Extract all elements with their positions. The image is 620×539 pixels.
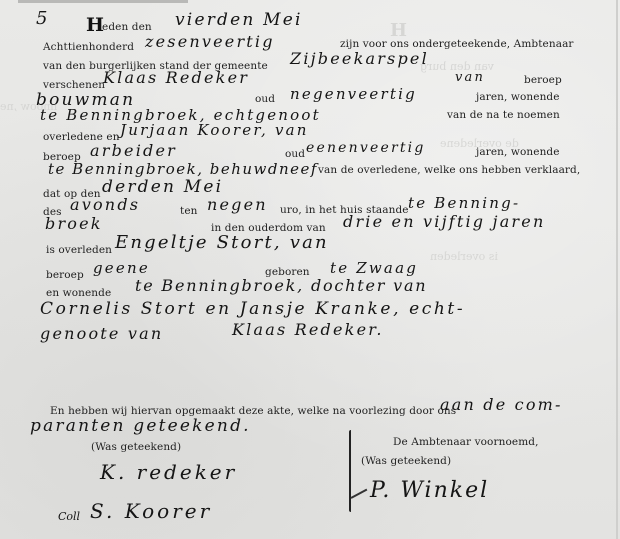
printed-deceased-relation: van de na te noemen — [447, 109, 560, 121]
handwritten-birthplace: te Zwaag — [330, 259, 418, 277]
handwritten-place-part2: broek — [45, 214, 103, 233]
page-right-edge — [616, 0, 618, 539]
handwritten-declarant2-occupation: arbeider — [90, 141, 177, 160]
handwritten-year: zesenveertig — [145, 32, 275, 51]
handwritten-spouse-line1: genoote van — [40, 324, 163, 343]
printed-age-label: oud — [255, 93, 275, 105]
printed-declaration-intro: van de overledene, welke ons hebben verk… — [318, 164, 580, 176]
handwritten-spouse-line2: Klaas Redeker. — [232, 320, 384, 339]
printed-occupation-label: beroep — [524, 74, 562, 86]
printed-official-label: De Ambtenaar voornoemd, — [393, 436, 539, 448]
signature-official: P. Winkel — [370, 478, 489, 503]
printed-year-label: Achttienhonderd — [43, 41, 134, 53]
signature-brace — [349, 430, 355, 512]
handwritten-closing-2: paranten geteekend. — [30, 416, 251, 436]
handwritten-time-of-day: avonds — [70, 195, 140, 214]
handwritten-death-date: derden Mei — [102, 177, 223, 197]
signature-declarant2: S. Koorer — [90, 499, 212, 523]
handwritten-deceased-name: Engeltje Stort, van — [115, 232, 329, 253]
printed-was-signed-right: (Was geteekend) — [361, 455, 451, 467]
page-top-edge — [18, 0, 188, 3]
printed-died-label: is overleden — [46, 244, 112, 256]
printed-years-residing: jaren, wonende — [476, 91, 560, 103]
handwritten-deceased-residence: te Benningbroek, dochter van — [135, 276, 427, 295]
handwritten-place-part1: te Benning- — [408, 194, 520, 212]
printed-age-label-2: oud — [285, 148, 305, 160]
printed-was-signed-left: (Was geteekend) — [91, 441, 181, 453]
handwritten-age-at-death: drie en vijftig jaren — [343, 212, 545, 231]
signature-declarant1: K. redeker — [100, 460, 237, 484]
handwritten-declarant1-age: negenveertig — [290, 85, 417, 103]
handwritten-declarant2-residence: te Benningbroek, behuwdneef — [48, 160, 318, 178]
printed-occupation-label-3: beroep — [46, 269, 84, 281]
handwritten-declarant2-age: eenenveertig — [306, 140, 426, 156]
signature-coll-prefix: Coll — [58, 510, 80, 523]
printed-residing-label: en wonende — [46, 287, 111, 299]
printed-years-residing-2: jaren, wonende — [476, 146, 560, 158]
handwritten-day: vierden Mei — [175, 10, 303, 30]
handwritten-declarant1-name: Klaas Redeker — [103, 68, 249, 87]
handwritten-declarant1-van: van — [455, 70, 485, 85]
handwritten-municipality: Zijbeekarspel — [290, 49, 429, 68]
handwritten-deceased-occupation: geene — [93, 259, 150, 277]
record-number: 5 — [36, 8, 47, 29]
handwritten-parents: Cornelis Stort en Jansje Kranke, echt- — [40, 299, 465, 319]
bleed-through-text: is overleden — [430, 250, 498, 263]
death-record-page: H van den burg de overledene is overlede… — [0, 0, 620, 539]
handwritten-declarant2-name: Jurjaan Koorer, van — [120, 121, 309, 139]
handwritten-closing-1: aan de com- — [440, 395, 563, 414]
printed-at-label: ten — [180, 205, 198, 217]
handwritten-hour: negen — [207, 195, 268, 214]
